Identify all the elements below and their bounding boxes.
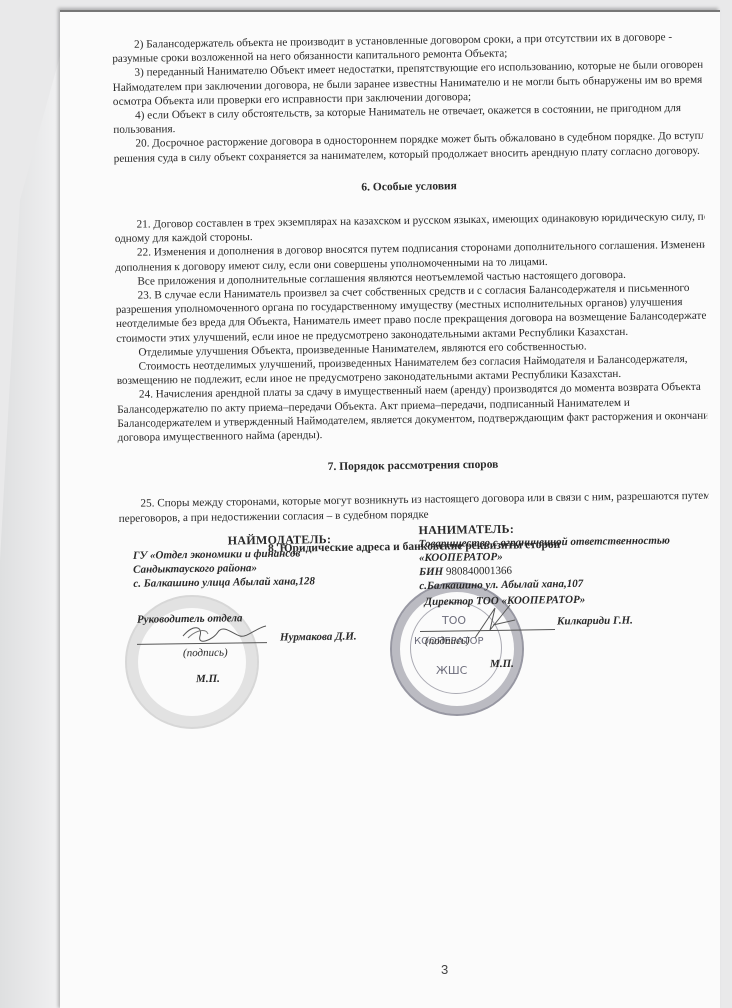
- termination-clauses: 2) Балансодержатель объекта не производи…: [112, 30, 704, 166]
- landlord-seal-label: М.П.: [196, 672, 220, 686]
- tenant-block: НАНИМАТЕЛЬ: Товарищество с ограниченной …: [418, 519, 719, 609]
- tenant-signer-name: Килкариди Г.Н.: [557, 613, 633, 628]
- section-7-heading: 7. Порядок рассмотрения споров: [118, 455, 708, 477]
- tenant-seal-label: М.П.: [490, 657, 514, 671]
- tenant-signature-label: (подпись): [425, 634, 470, 649]
- landlord-signature: [178, 622, 268, 644]
- tenant-address: с.Балкашино ул. Абылай хана,107: [419, 575, 719, 593]
- page-number: 3: [441, 962, 448, 977]
- stamp-text-bottom: ЖШС: [436, 664, 467, 677]
- stamp-text-top: ТОО: [442, 614, 466, 627]
- tenant-bin-value: 980840001366: [446, 565, 512, 578]
- tenant-signature: [465, 600, 525, 640]
- section-6-heading: 6. Особые условия: [114, 176, 704, 198]
- section-6-body: 21. Договор составлен в трех экземплярах…: [115, 210, 708, 445]
- landlord-block: НАЙМОДАТЕЛЬ: ГУ «Отдел экономики и финан…: [133, 531, 394, 591]
- document-body: 2) Балансодержатель объекта не производи…: [112, 30, 709, 578]
- landlord-signer-name: Нурмакова Д.И.: [280, 629, 357, 644]
- landlord-signature-label: (подпись): [183, 646, 228, 661]
- tenant-bin-label: БИН: [419, 566, 443, 578]
